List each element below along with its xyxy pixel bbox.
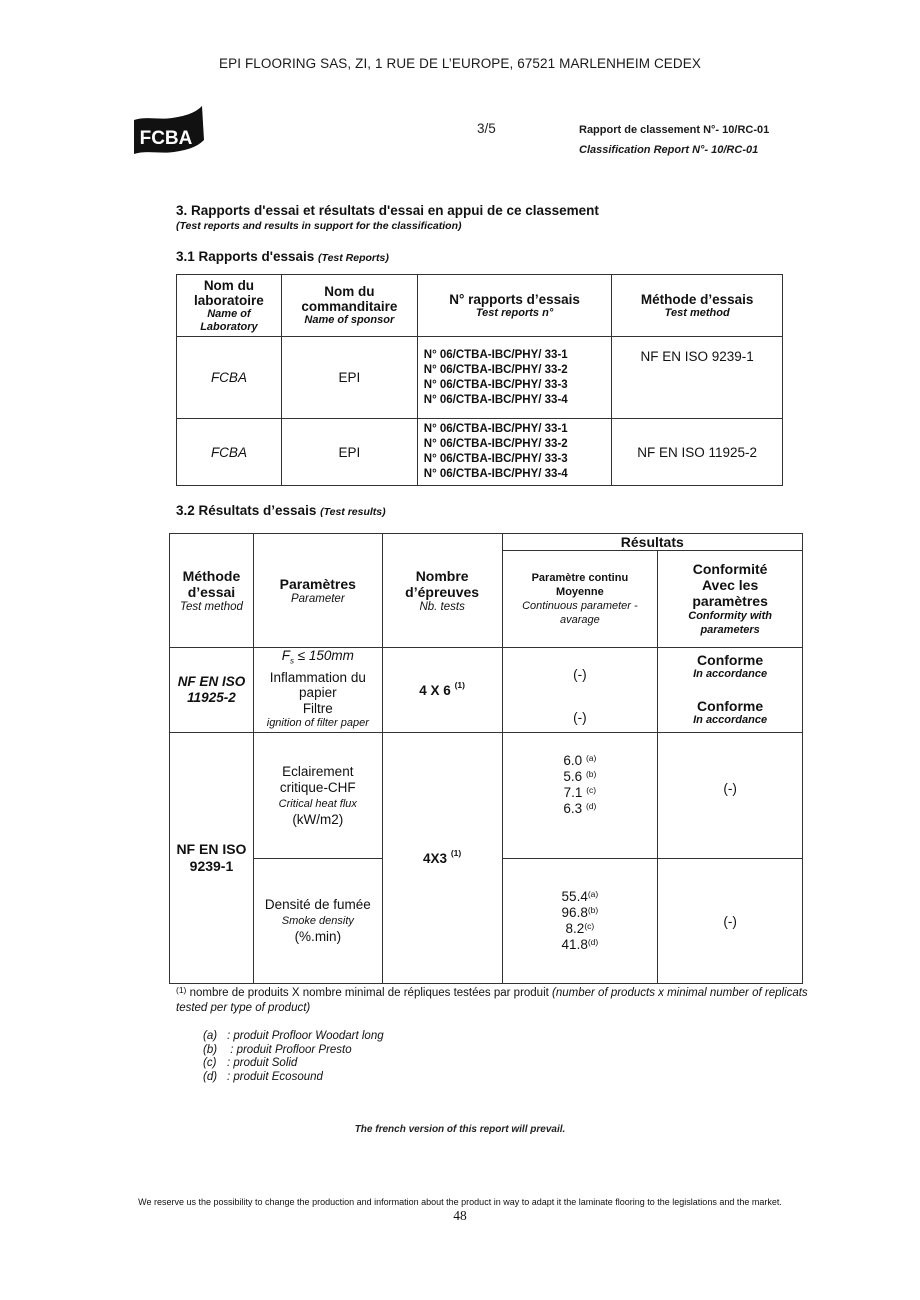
table-header-row: Nom du laboratoire Name of Laboratory No… xyxy=(177,275,783,337)
parameter-cell: Fs ≤ 150mm Inflammation du papier Filtre… xyxy=(253,648,382,733)
formula: Fs ≤ 150mm xyxy=(254,648,382,669)
test-results-table: Méthode d’essai Test method Paramètres P… xyxy=(169,533,803,984)
value-c: 8.2(c) xyxy=(503,921,658,937)
header-test-method: Méthode d’essai Test method xyxy=(170,534,254,648)
value-a: 6.0 (a) xyxy=(503,753,658,769)
report-ref-en: Classification Report N°- 10/RC-01 xyxy=(579,140,769,160)
chf-values-cell: 6.0 (a) 5.6 (b) 7.1 (c) 6.3 (d) xyxy=(502,733,658,859)
legend-item: (a): produit Profloor Woodart long xyxy=(203,1030,384,1044)
section-3-subtitle: (Test reports and results in support for… xyxy=(176,220,462,232)
test-reports-table: Nom du laboratoire Name of Laboratory No… xyxy=(176,274,783,486)
conformity-cell: Conforme In accordance Conforme In accor… xyxy=(658,648,803,733)
sponsor-cell: EPI xyxy=(281,337,417,419)
header-continuous-parameter: Paramètre continu Moyenne Continuous par… xyxy=(502,551,658,648)
nb-tests-cell: 4 X 6 (1) xyxy=(382,648,502,733)
method-cell: NF EN ISO 11925-2 xyxy=(170,648,254,733)
report-reference: Rapport de classement N°- 10/RC-01 Class… xyxy=(579,120,769,160)
fcba-logo: FCBA xyxy=(132,106,206,156)
nb-tests-cell: 4X3 (1) xyxy=(382,733,502,984)
product-legend: (a): produit Profloor Woodart long (b) :… xyxy=(203,1030,384,1084)
section-3-title: 3. Rapports d'essai et résultats d'essai… xyxy=(176,203,599,218)
value-d: 6.3 (d) xyxy=(503,801,658,817)
table-row-9239-1-chf: NF EN ISO 9239-1 Eclairement critique-CH… xyxy=(170,733,803,859)
sponsor-cell: EPI xyxy=(281,419,417,486)
header-report-numbers: N° rapports d’essais Test reports n° xyxy=(417,275,612,337)
header-test-method: Méthode d’essais Test method xyxy=(612,275,783,337)
parameter-cell: Densité de fumée Smoke density (%.min) xyxy=(253,859,382,984)
table-row-11925-2: NF EN ISO 11925-2 Fs ≤ 150mm Inflammatio… xyxy=(170,648,803,733)
report-numbers-cell: N° 06/CTBA-IBC/PHY/ 33-1 N° 06/CTBA-IBC/… xyxy=(417,419,612,486)
page-number: 48 xyxy=(0,1208,920,1224)
prevail-note: The french version of this report will p… xyxy=(0,1124,920,1135)
table-header-row: Méthode d’essai Test method Paramètres P… xyxy=(170,534,803,551)
disclaimer: We reserve us the possibility to change … xyxy=(0,1197,920,1207)
header-conformity: Conformité Avec les paramètres Conformit… xyxy=(658,551,803,648)
conformity-cell: (-) xyxy=(658,733,803,859)
header-nb-tests: Nombre d’épreuves Nb. tests xyxy=(382,534,502,648)
header-laboratory: Nom du laboratoire Name of Laboratory xyxy=(177,275,282,337)
value-b: 96.8(b) xyxy=(503,905,658,921)
header-parameter: Paramètres Parameter xyxy=(253,534,382,648)
value-a: 55.4(a) xyxy=(503,889,658,905)
legend-item: (d): produit Ecosound xyxy=(203,1071,384,1085)
value-d: 41.8(d) xyxy=(503,937,658,953)
value-c: 7.1 (c) xyxy=(503,785,658,801)
footnote: (1) nombre de produits X nombre minimal … xyxy=(176,986,816,1016)
method-cell: NF EN ISO 9239-1 xyxy=(170,733,254,984)
header-results: Résultats xyxy=(502,534,802,551)
report-ref-fr: Rapport de classement N°- 10/RC-01 xyxy=(579,120,769,140)
report-numbers-cell: N° 06/CTBA-IBC/PHY/ 33-1 N° 06/CTBA-IBC/… xyxy=(417,337,612,419)
method-cell: NF EN ISO 11925-2 xyxy=(612,419,783,486)
table-row: FCBA EPI N° 06/CTBA-IBC/PHY/ 33-1 N° 06/… xyxy=(177,337,783,419)
table-row: FCBA EPI N° 06/CTBA-IBC/PHY/ 33-1 N° 06/… xyxy=(177,419,783,486)
laboratory-cell: FCBA xyxy=(177,419,282,486)
header-sponsor: Nom du commanditaire Name of sponsor xyxy=(281,275,417,337)
legend-item: (c): produit Solid xyxy=(203,1057,384,1071)
company-header: EPI FLOORING SAS, ZI, 1 RUE DE L’EUROPE,… xyxy=(0,56,920,71)
smoke-values-cell: 55.4(a) 96.8(b) 8.2(c) 41.8(d) xyxy=(502,859,658,984)
conformity-cell: (-) xyxy=(658,859,803,984)
parameter-cell: Eclairement critique-CHF Critical heat f… xyxy=(253,733,382,859)
laboratory-cell: FCBA xyxy=(177,337,282,419)
section-3-1-title: 3.1 Rapports d'essais (Test Reports) xyxy=(176,249,389,264)
fcba-flag-logo-icon: FCBA xyxy=(132,106,206,156)
svg-text:FCBA: FCBA xyxy=(140,128,193,149)
continuous-cell: (-) (-) xyxy=(502,648,658,733)
page-indicator: 3/5 xyxy=(477,121,496,136)
legend-item: (b) : produit Profloor Presto xyxy=(203,1044,384,1058)
section-3-2-title: 3.2 Résultats d’essais (Test results) xyxy=(176,503,386,518)
method-cell: NF EN ISO 9239-1 xyxy=(612,337,783,419)
value-b: 5.6 (b) xyxy=(503,769,658,785)
